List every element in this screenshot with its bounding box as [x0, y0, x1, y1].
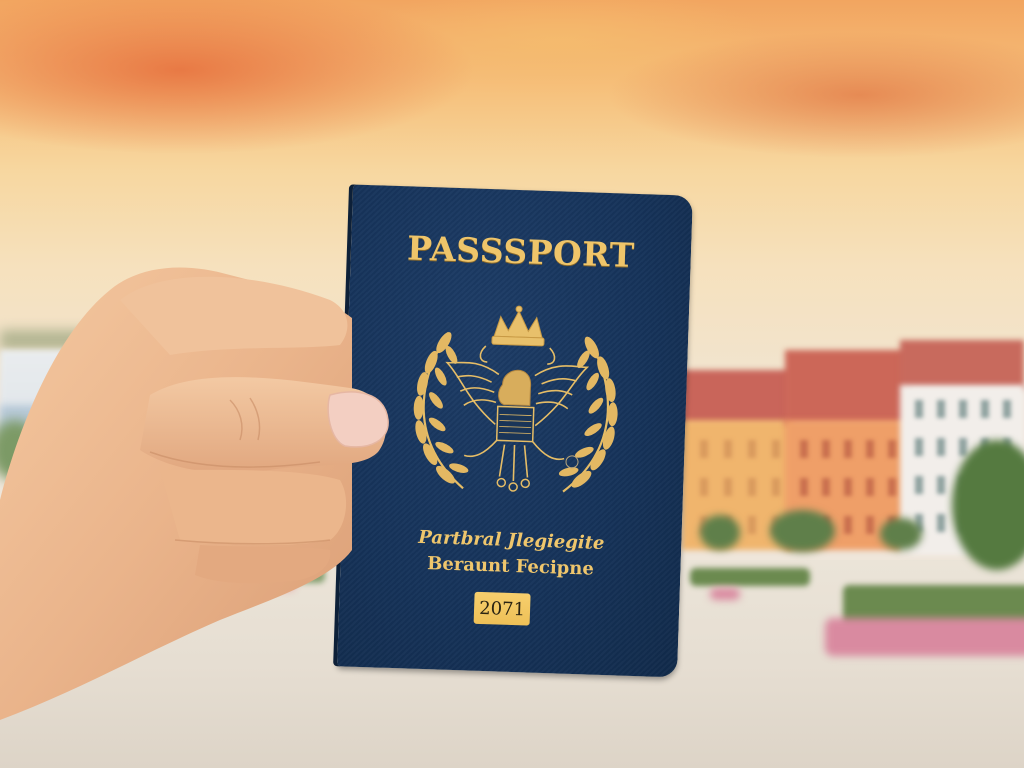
window: [772, 440, 780, 458]
window: [866, 516, 874, 534]
window: [822, 478, 830, 496]
building-roof: [785, 350, 910, 425]
flower-bed: [270, 580, 295, 590]
window: [748, 440, 756, 458]
year-badge: 2071: [474, 592, 531, 626]
window: [844, 516, 852, 534]
window: [888, 440, 896, 458]
window: [915, 438, 923, 456]
window: [822, 440, 830, 458]
window: [700, 478, 708, 496]
window: [915, 476, 923, 494]
tree: [770, 510, 835, 552]
window: [959, 400, 967, 418]
tree: [880, 518, 922, 550]
window: [959, 438, 967, 456]
window: [748, 478, 756, 496]
window: [724, 440, 732, 458]
window: [724, 478, 732, 496]
window: [866, 478, 874, 496]
window: [937, 476, 945, 494]
window: [937, 400, 945, 418]
distant-trees: [0, 330, 100, 350]
window: [937, 514, 945, 532]
window: [700, 440, 708, 458]
building-roof: [900, 340, 1024, 390]
window: [844, 440, 852, 458]
window: [800, 478, 808, 496]
window: [937, 438, 945, 456]
hedge: [690, 568, 810, 586]
window: [981, 400, 989, 418]
window: [772, 478, 780, 496]
window: [844, 478, 852, 496]
flower-bed: [710, 588, 740, 600]
photo-scene: PASSSPORT: [0, 0, 1024, 768]
window: [888, 478, 896, 496]
building-roof: [682, 370, 792, 425]
passport: PASSSPORT: [337, 184, 693, 677]
window: [866, 440, 874, 458]
passport-title: PASSSPORT: [350, 226, 691, 276]
window: [1003, 400, 1011, 418]
crown-eagle-laurel-emblem-icon: [402, 301, 629, 523]
hedge: [205, 565, 325, 583]
passport-subtitle-line2: Beraunt Fecipne: [340, 550, 681, 582]
window: [915, 400, 923, 418]
flower-bed: [825, 618, 1024, 656]
window: [748, 516, 756, 534]
tree: [700, 515, 740, 550]
window: [800, 440, 808, 458]
